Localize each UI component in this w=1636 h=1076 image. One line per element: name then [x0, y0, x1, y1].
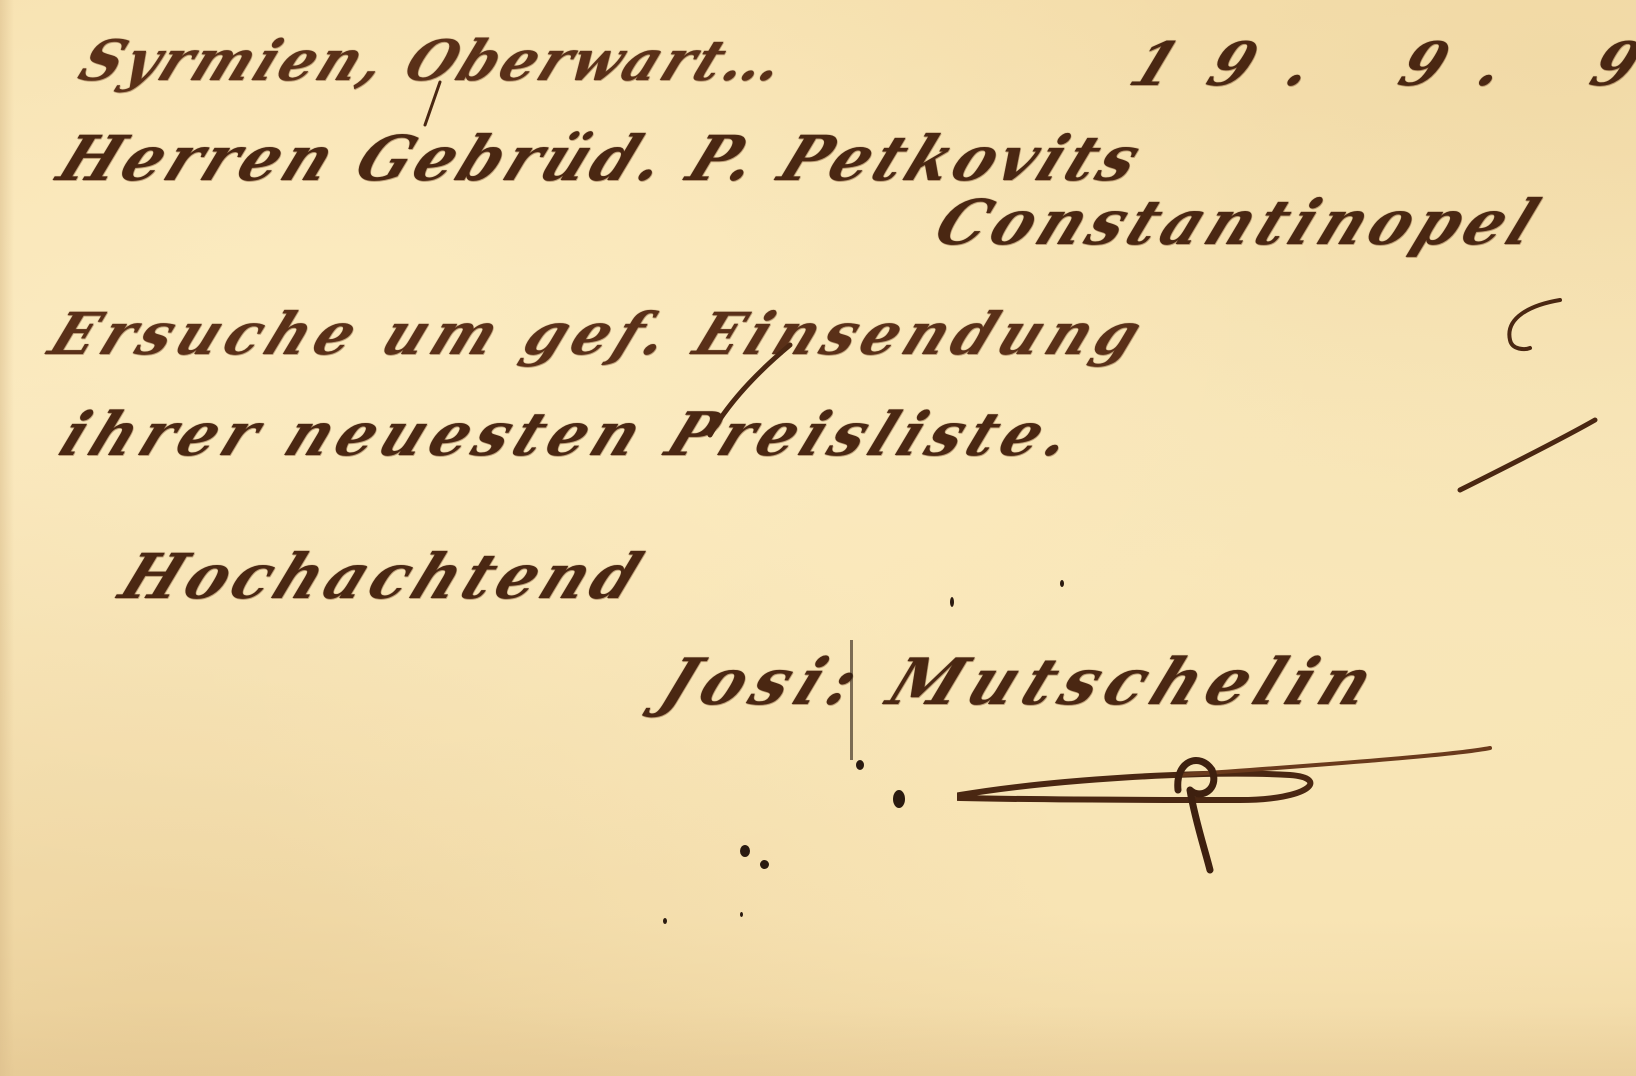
ink-blot [950, 597, 954, 607]
ink-blot [1060, 580, 1064, 587]
ink-blot [893, 790, 905, 808]
ink-blot [740, 912, 743, 917]
paper-edge-shading [0, 0, 14, 1076]
ink-streak [850, 640, 853, 760]
body-line-1: Ersuche um gef. Einsendung [40, 300, 1158, 368]
ink-blot [740, 845, 750, 857]
date-line: 19. 9. 94. [1120, 30, 1636, 100]
paper-bottom-shading [0, 1006, 1636, 1076]
city-line: Constantinopel [925, 186, 1554, 259]
ink-blot [856, 760, 864, 770]
addressee-line: Herren Gebrüd. P. Petkovits [48, 122, 1155, 195]
ink-blot [760, 860, 769, 869]
body-line-2: ihrer neuesten Preisliste. [50, 400, 1088, 470]
place-line: Syrmien, Oberwart… [70, 28, 798, 94]
signature: Josi: Mutschelin [650, 645, 1392, 720]
closing-line: Hochachtend [110, 540, 657, 613]
ink-blot [663, 918, 667, 924]
postcard-paper: Syrmien, Oberwart… 19. 9. 94. Herren Geb… [0, 0, 1636, 1076]
